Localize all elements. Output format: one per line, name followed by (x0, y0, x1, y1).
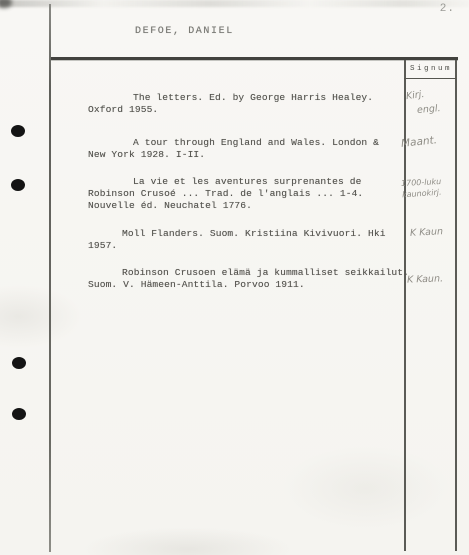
signum-column-left-rule (404, 60, 406, 551)
signum-annotation: Kirj. (405, 89, 425, 102)
signum-annotation: kaunokirj. (402, 188, 442, 200)
entry-line: Robinson Crusoé ... Trad. de l'anglais .… (88, 188, 410, 200)
signum-annotation: 1700-luku (401, 177, 442, 188)
signum-column-right-rule (455, 60, 457, 551)
signum-column-label: Signum (408, 65, 452, 73)
bibliography-entry: Moll Flanders. Suom. Kristiina Kivivuori… (88, 228, 410, 252)
signum-annotation: K Kaun. (407, 273, 443, 285)
signum-column-header: Signum (404, 60, 456, 79)
entry-line: Moll Flanders. Suom. Kristiina Kivivuori… (88, 228, 410, 240)
header-divider-rule (51, 57, 458, 60)
bibliography-entry: A tour through England and Wales. London… (88, 137, 410, 161)
bibliography-entry: Robinson Crusoen elämä ja kummalliset se… (88, 267, 410, 291)
left-margin-rule (49, 4, 51, 552)
entry-line: A tour through England and Wales. London… (88, 137, 410, 149)
entry-line: New York 1928. I-II. (88, 149, 410, 161)
page-title: DEFOE, DANIEL (135, 26, 234, 37)
entry-line: 1957. (88, 240, 410, 252)
bibliography-entry: The letters. Ed. by George Harris Healey… (88, 92, 410, 116)
entry-line: Suom. V. Hämeen-Anttila. Porvoo 1911. (88, 279, 410, 291)
punch-hole (12, 408, 26, 420)
punch-hole (12, 357, 26, 369)
punch-hole (11, 179, 25, 191)
entry-line: Robinson Crusoen elämä ja kummalliset se… (88, 267, 410, 279)
signum-annotation: engl. (417, 103, 441, 116)
signum-annotation: Maant. (400, 134, 437, 150)
entry-line: The letters. Ed. by George Harris Healey… (88, 92, 410, 104)
scan-smudge (0, 0, 12, 8)
bibliography-entry: La vie et les aventures surprenantes de … (88, 176, 410, 213)
punch-hole (11, 125, 25, 137)
entry-line: Nouvelle éd. Neuchatel 1776. (88, 200, 410, 212)
entry-line: La vie et les aventures surprenantes de (88, 176, 410, 188)
scanned-catalog-page: 2. DEFOE, DANIEL Signum The letters. Ed.… (0, 0, 469, 555)
page-number: 2. (440, 3, 455, 15)
signum-annotation: K Kaun (410, 226, 444, 239)
entry-line: Oxford 1955. (88, 104, 410, 116)
